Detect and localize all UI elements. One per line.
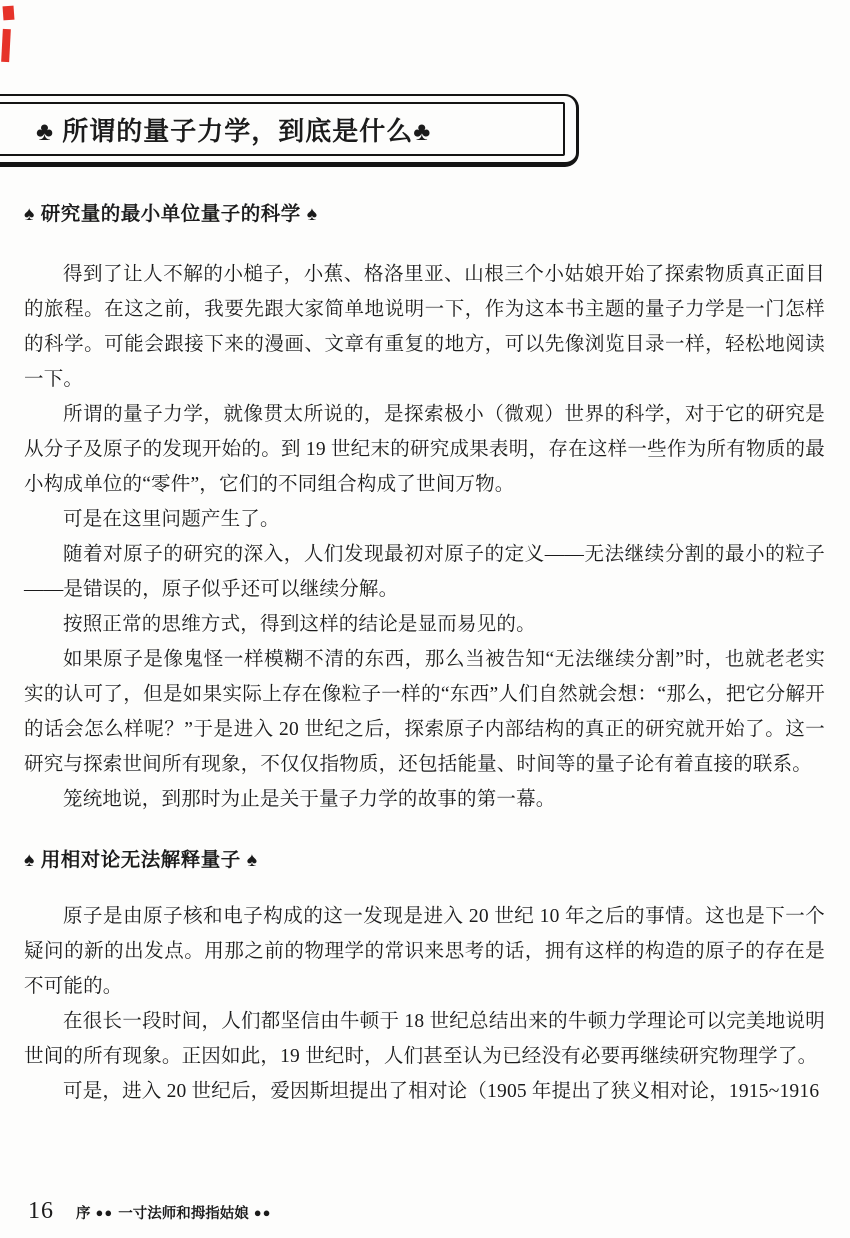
footer-meta: 序 ●● 一寸法师和拇指姑娘 ●●: [76, 1202, 276, 1223]
paragraph: 得到了让人不解的小槌子，小蕉、格洛里亚、山根三个小姑娘开始了探索物质真正面目的旅…: [24, 257, 825, 397]
paragraph: 可是，进入 20 世纪后，爱因斯坦提出了相对论（1905 年提出了狭义相对论，1…: [24, 1074, 825, 1109]
page-number: 16: [28, 1198, 54, 1225]
red-scan-mark: [3, 6, 15, 21]
section-1-paragraphs: 得到了让人不解的小槌子，小蕉、格洛里亚、山根三个小姑娘开始了探索物质真正面目的旅…: [24, 257, 825, 817]
footer-book-title: 一寸法师和拇指姑娘: [118, 1202, 249, 1223]
paragraph: 在很长一段时间，人们都坚信由牛顿于 18 世纪总结出来的牛顿力学理论可以完美地说…: [24, 1004, 825, 1074]
paragraph: 可是在这里问题产生了。: [24, 502, 825, 537]
page-footer: 16 序 ●● 一寸法师和拇指姑娘 ●●: [28, 1198, 276, 1225]
paragraph: 原子是由原子核和电子构成的这一发现是进入 20 世纪 10 年之后的事情。这也是…: [24, 899, 825, 1004]
paragraph: 笼统地说，到那时为止是关于量子力学的故事的第一幕。: [24, 782, 825, 817]
section-heading-quantum-science: ♠ 研究量的最小单位量子的科学 ♠: [24, 198, 825, 226]
footer-dots-icon: ●●: [254, 1205, 272, 1220]
section-2-paragraphs: 原子是由原子核和电子构成的这一发现是进入 20 世纪 10 年之后的事情。这也是…: [24, 899, 825, 1109]
red-scan-mark: [1, 29, 11, 62]
paragraph: 所谓的量子力学，就像贯太所说的，是探索极小（微观）世界的科学，对于它的研究是从分…: [24, 397, 825, 502]
chapter-title-box-inner: ♣ 所谓的量子力学，到底是什么♣: [0, 102, 565, 156]
chapter-title-box: ♣ 所谓的量子力学，到底是什么♣: [0, 94, 579, 167]
section-heading-relativity: ♠ 用相对论无法解释量子 ♠: [24, 844, 825, 872]
paragraph: 按照正常的思维方式，得到这样的结论是显而易见的。: [24, 607, 825, 642]
paragraph: 如果原子是像鬼怪一样模糊不清的东西，那么当被告知“无法继续分割”时，也就老老实实…: [24, 642, 825, 782]
footer-dots-icon: ●●: [96, 1205, 114, 1220]
paragraph: 随着对原子的研究的深入，人们发现最初对原子的定义——无法继续分割的最小的粒子——…: [24, 537, 825, 607]
footer-chapter-label: 序: [76, 1202, 91, 1223]
chapter-title: ♣ 所谓的量子力学，到底是什么♣: [0, 111, 431, 148]
